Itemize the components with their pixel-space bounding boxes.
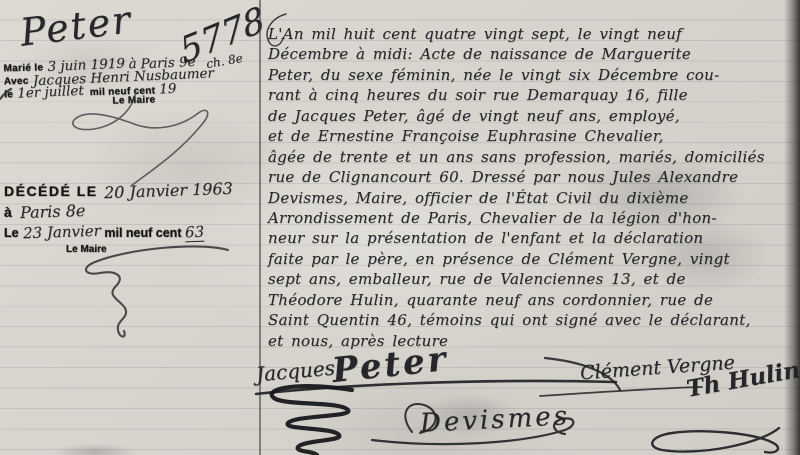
death-mention-stamp: DÉCÉDÉ LE 20 Janvier 1963 à Paris 8e Le …	[4, 181, 266, 257]
declarant-paraph	[272, 386, 352, 455]
margin-surname-header: Peter	[18, 0, 135, 55]
year-value-handwritten: 19	[159, 81, 177, 98]
peter-signature-underline	[256, 381, 616, 394]
act-line: rant à cinq heures du soir rue Demarquay…	[268, 86, 796, 106]
act-line: Théodore Hulin, quarante neuf ans cordon…	[268, 291, 796, 311]
act-line: neur sur la présentation de l'enfant et …	[268, 229, 796, 249]
death-year-value-handwritten: 63	[185, 223, 205, 243]
deceased-label: DÉCÉDÉ LE	[4, 183, 98, 199]
death-stamp-row: à Paris 8e	[4, 202, 266, 221]
signature-officer-devismes: Devismes	[419, 401, 570, 439]
act-line: sept ans, emballeur, rue de Valenciennes…	[268, 270, 796, 290]
act-body-text: L'An mil huit cent quatre vingt sept, le…	[268, 25, 796, 352]
hulin-leading-dash	[540, 387, 702, 396]
act-line: âgée de trente et un ans sans profession…	[268, 148, 796, 168]
mayor-signature-death	[86, 246, 228, 336]
act-line: et de Ernestine Françoise Euphrasine Che…	[268, 127, 796, 147]
death-on-label: Le	[4, 226, 19, 240]
act-line: Devismes, Maire, officier de l'État Civi…	[268, 189, 796, 209]
hulin-flourish-loop	[652, 428, 779, 452]
marriage-mention-stamp: Marié le 3 juin 1919 à Paris 9e Avec Jac…	[3, 53, 266, 112]
mayor-label: Le Maire	[112, 94, 155, 106]
death-place-prefix: à	[4, 204, 12, 220]
register-page-scan: Peter 5778 ch. 8e Marié le 3 juin 1919 à…	[0, 0, 800, 455]
page-edge-shadow	[784, 0, 800, 455]
act-line: rue de Clignancourt 60. Dressé par nous …	[268, 168, 796, 188]
death-date-handwritten: 20 Janvier 1963	[103, 179, 232, 202]
act-line: L'An mil huit cent quatre vingt sept, le…	[268, 25, 796, 45]
mention-day-handwritten: 1er juillet	[17, 83, 84, 102]
act-line: Arrondissement de Paris, Chevalier de la…	[268, 209, 796, 229]
act-line: Saint Quentin 46, témoins qui ont signé …	[268, 311, 796, 331]
death-place-handwritten: Paris 8e	[19, 201, 85, 222]
act-line: Peter, du sexe féminin, née le vingt six…	[268, 66, 796, 86]
death-stamp-row: DÉCÉDÉ LE 20 Janvier 1963	[4, 181, 266, 200]
death-stamp-row: Le Maire	[4, 244, 266, 255]
on-label: le	[4, 89, 13, 100]
death-mention-day-handwritten: 23 Janvier	[22, 222, 100, 243]
death-year-label: mil neuf cent	[104, 226, 181, 240]
death-stamp-row: Le 23 Janvier mil neuf cent 63	[4, 223, 266, 242]
mayor-label: Le Maire	[66, 244, 107, 255]
act-line: faite par le père, en présence de Clémen…	[268, 250, 796, 270]
act-line: Décembre à midi: Acte de naissance de Ma…	[268, 45, 796, 65]
margin-rule-line	[259, 0, 261, 455]
signature-declarant-firstname: Jacques	[255, 356, 336, 387]
act-line: de Jacques Peter, âgé de vingt neuf ans,…	[268, 107, 796, 127]
